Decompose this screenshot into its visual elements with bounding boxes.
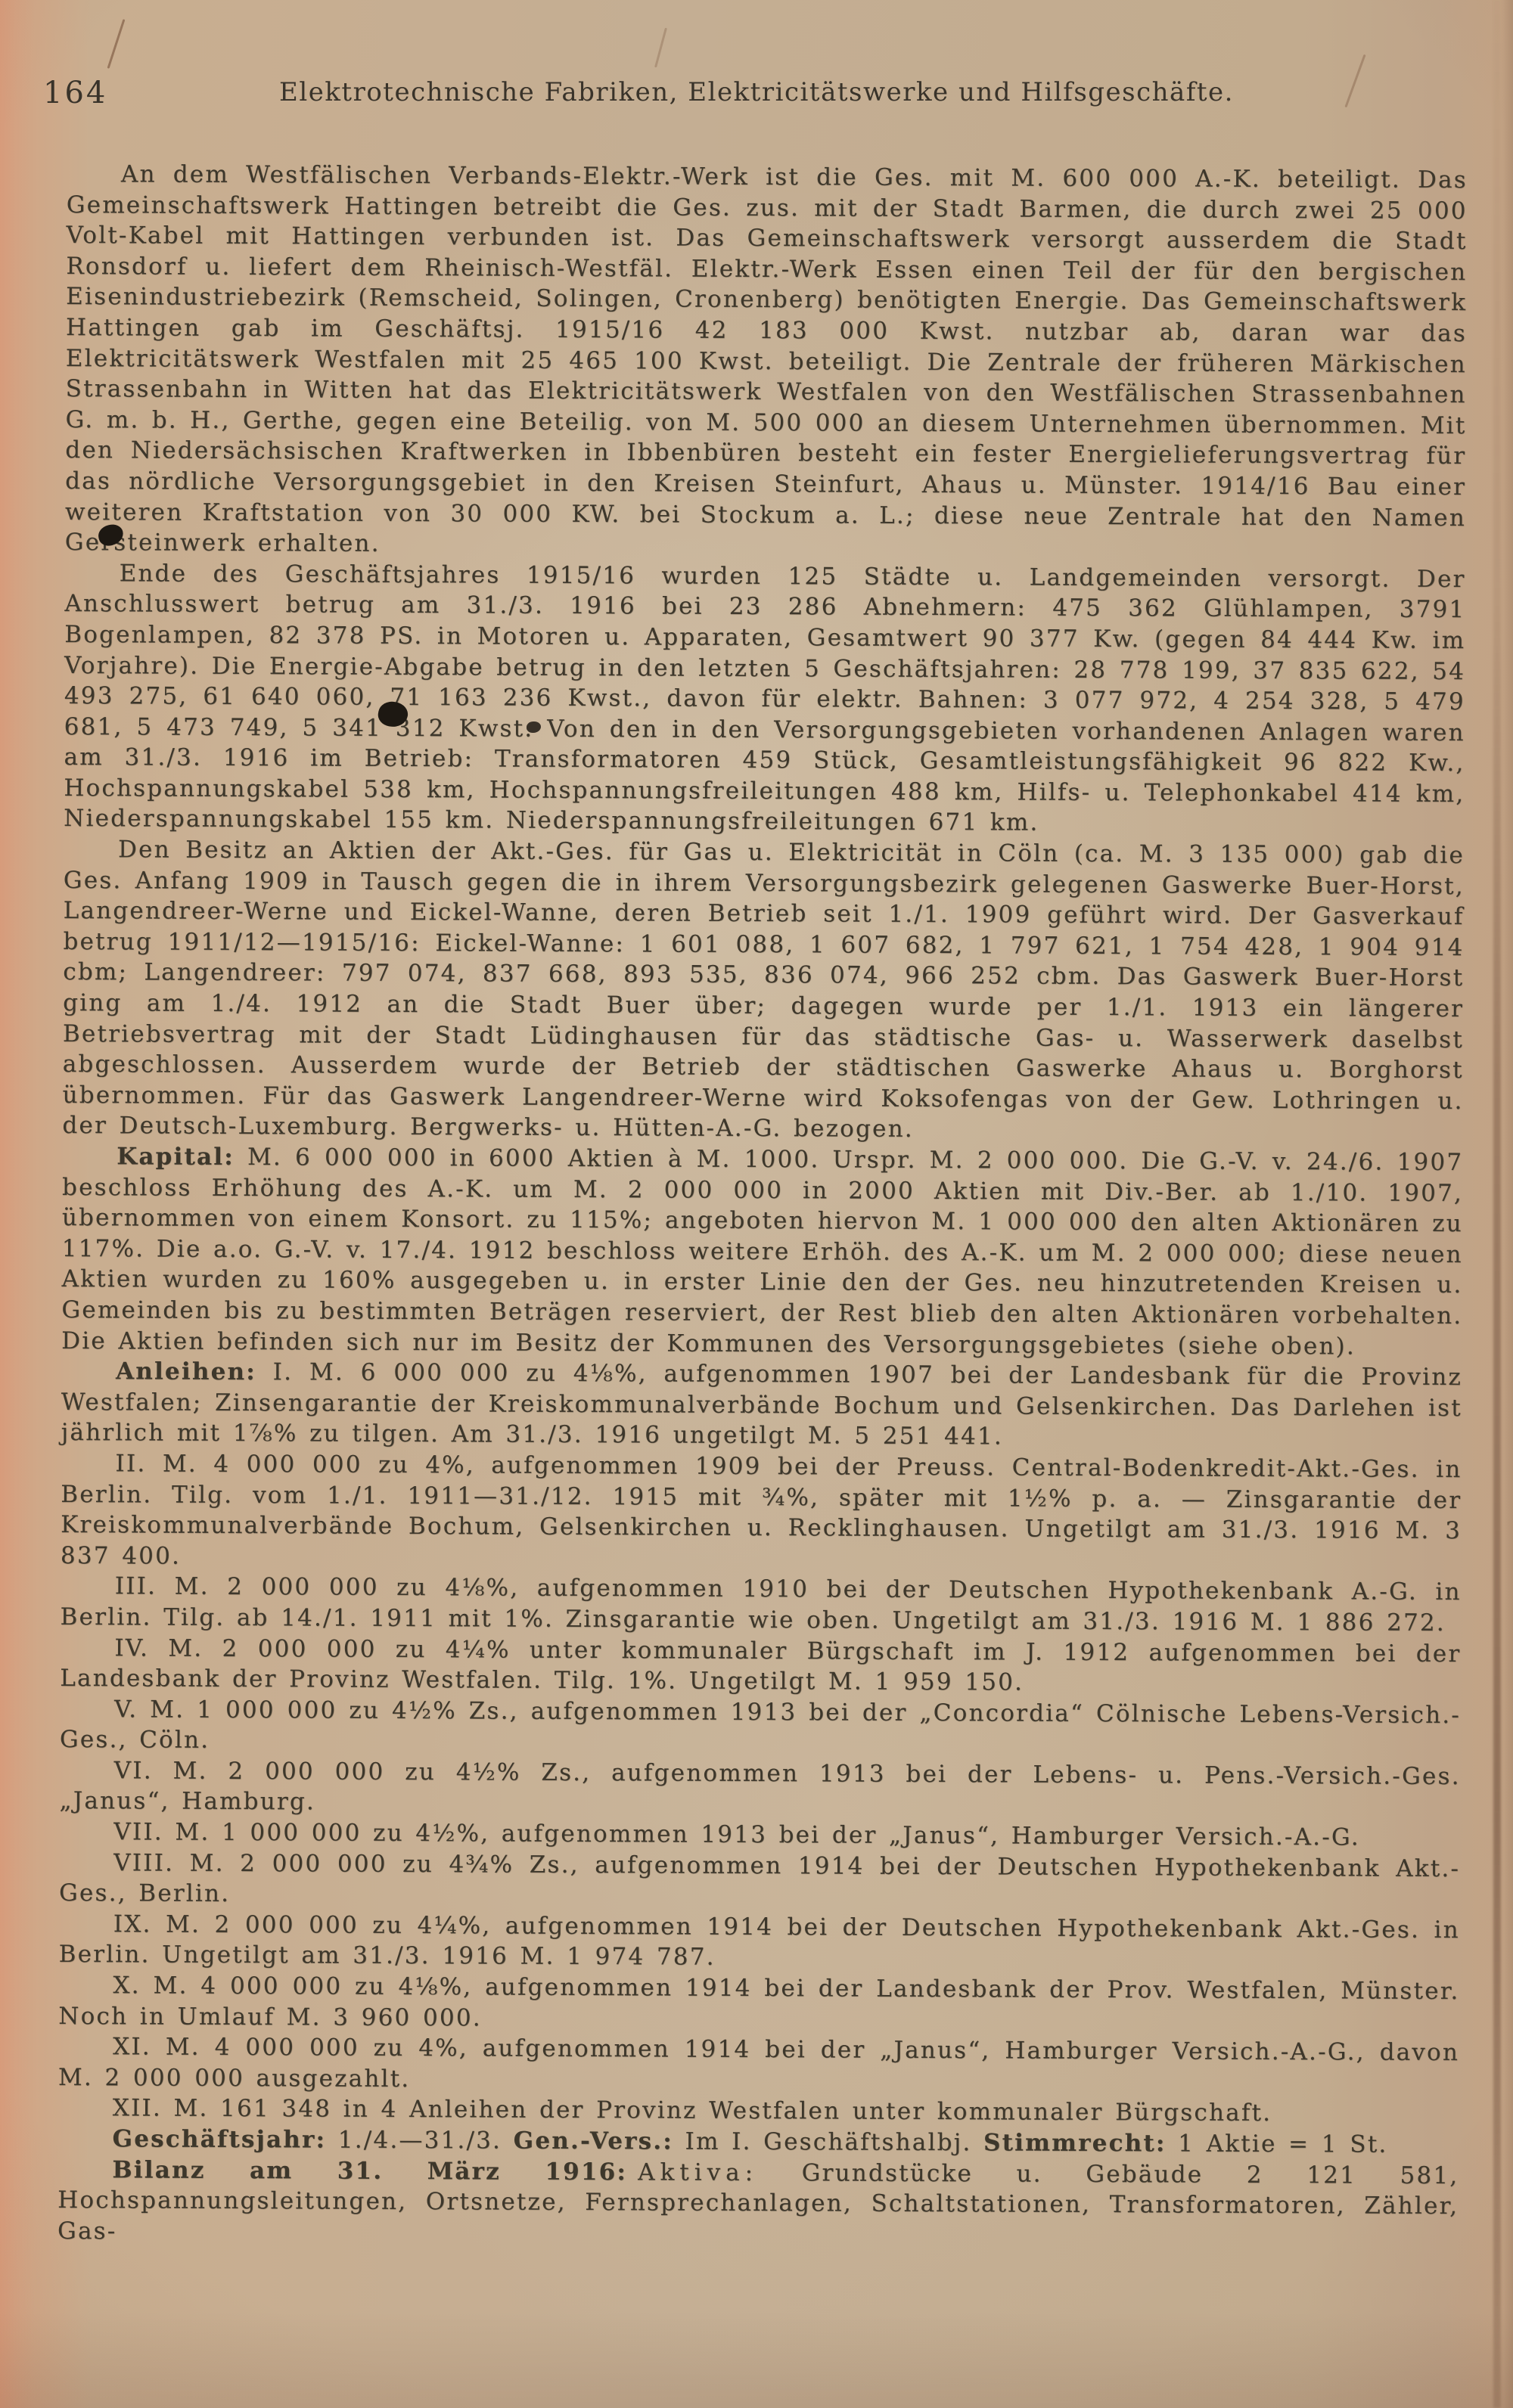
paragraph-beteiligungen: An dem Westfälischen Verbands-Elektr.-We… <box>65 159 1468 564</box>
anleihen-first-text: I. M. 6 000 000 zu 4⅛%, aufgenommen 1907… <box>61 1358 1462 1450</box>
running-title: Elektrotechnische Fabriken, Elektricität… <box>0 74 1513 107</box>
geschaeftsjahr-text: 1./4.—31./3. <box>326 2127 514 2155</box>
page-header: 164 Elektrotechnische Fabriken, Elektric… <box>0 74 1513 115</box>
pen-mark <box>107 19 126 69</box>
kapital-label: Kapital: <box>117 1143 235 1171</box>
paragraph-bilanz: Bilanz am 31. März 1916:Aktiva: Grundstü… <box>57 2155 1459 2253</box>
page-number: 164 <box>43 76 107 110</box>
aktiva-label: Aktiva: <box>638 2158 758 2186</box>
loan-item-3: III. M. 2 000 000 zu 4⅛%, aufgenommen 19… <box>60 1571 1461 1638</box>
stimmrecht-label: Stimmrecht: <box>983 2129 1167 2157</box>
loan-item-6: VI. M. 2 000 000 zu 4½% Zs., aufgenommen… <box>59 1755 1460 1823</box>
loan-item-5: V. M. 1 000 000 zu 4½% Zs., aufgenommen … <box>60 1694 1461 1761</box>
scanned-book-page: 164 Elektrotechnische Fabriken, Elektric… <box>0 0 1513 2408</box>
loan-item-4: IV. M. 2 000 000 zu 4¼% unter kommunaler… <box>60 1632 1461 1699</box>
page-edge-shadow <box>1501 0 1513 2408</box>
loan-item-2: II. M. 4 000 000 zu 4%, aufgenommen 1909… <box>61 1448 1462 1577</box>
paragraph-gaswerke: Den Besitz an Aktien der Akt.-Ges. für G… <box>62 834 1465 1147</box>
paragraph-versorgung: Ende des Geschäftsjahres 1915/16 wurden … <box>64 558 1466 840</box>
loan-item-11: XI. M. 4 000 000 zu 4%, aufgenommen 1914… <box>58 2031 1459 2099</box>
gen-vers-text: Im I. Geschäftshalbj. <box>673 2128 983 2157</box>
gen-vers-label: Gen.-Vers.: <box>514 2127 673 2155</box>
pen-mark <box>654 28 667 68</box>
paragraph-kapital: Kapital: M. 6 000 000 in 6000 Aktien à M… <box>61 1141 1463 1362</box>
loan-item-8: VIII. M. 2 000 000 zu 4¾% Zs., aufgenomm… <box>59 1848 1460 1915</box>
loan-item-9: IX. M. 2 000 000 zu 4¼%, aufgenommen 191… <box>59 1909 1460 1976</box>
stimmrecht-text: 1 Aktie = 1 St. <box>1167 2130 1388 2158</box>
anleihen-label: Anleihen: <box>116 1358 256 1386</box>
text-block: An dem Westfälischen Verbands-Elektr.-We… <box>57 159 1468 2252</box>
geschaeftsjahr-label: Geschäftsjahr: <box>112 2125 326 2153</box>
bilanz-label: Bilanz am 31. März 1916: <box>112 2156 627 2186</box>
loan-item-10: X. M. 4 000 000 zu 4⅛%, aufgenommen 1914… <box>58 1970 1459 2037</box>
kapital-text: M. 6 000 000 in 6000 Aktien à M. 1000. U… <box>61 1143 1463 1360</box>
page-crease <box>1493 0 1501 2408</box>
paragraph-anleihen-1: Anleihen: I. M. 6 000 000 zu 4⅛%, aufgen… <box>61 1356 1463 1454</box>
